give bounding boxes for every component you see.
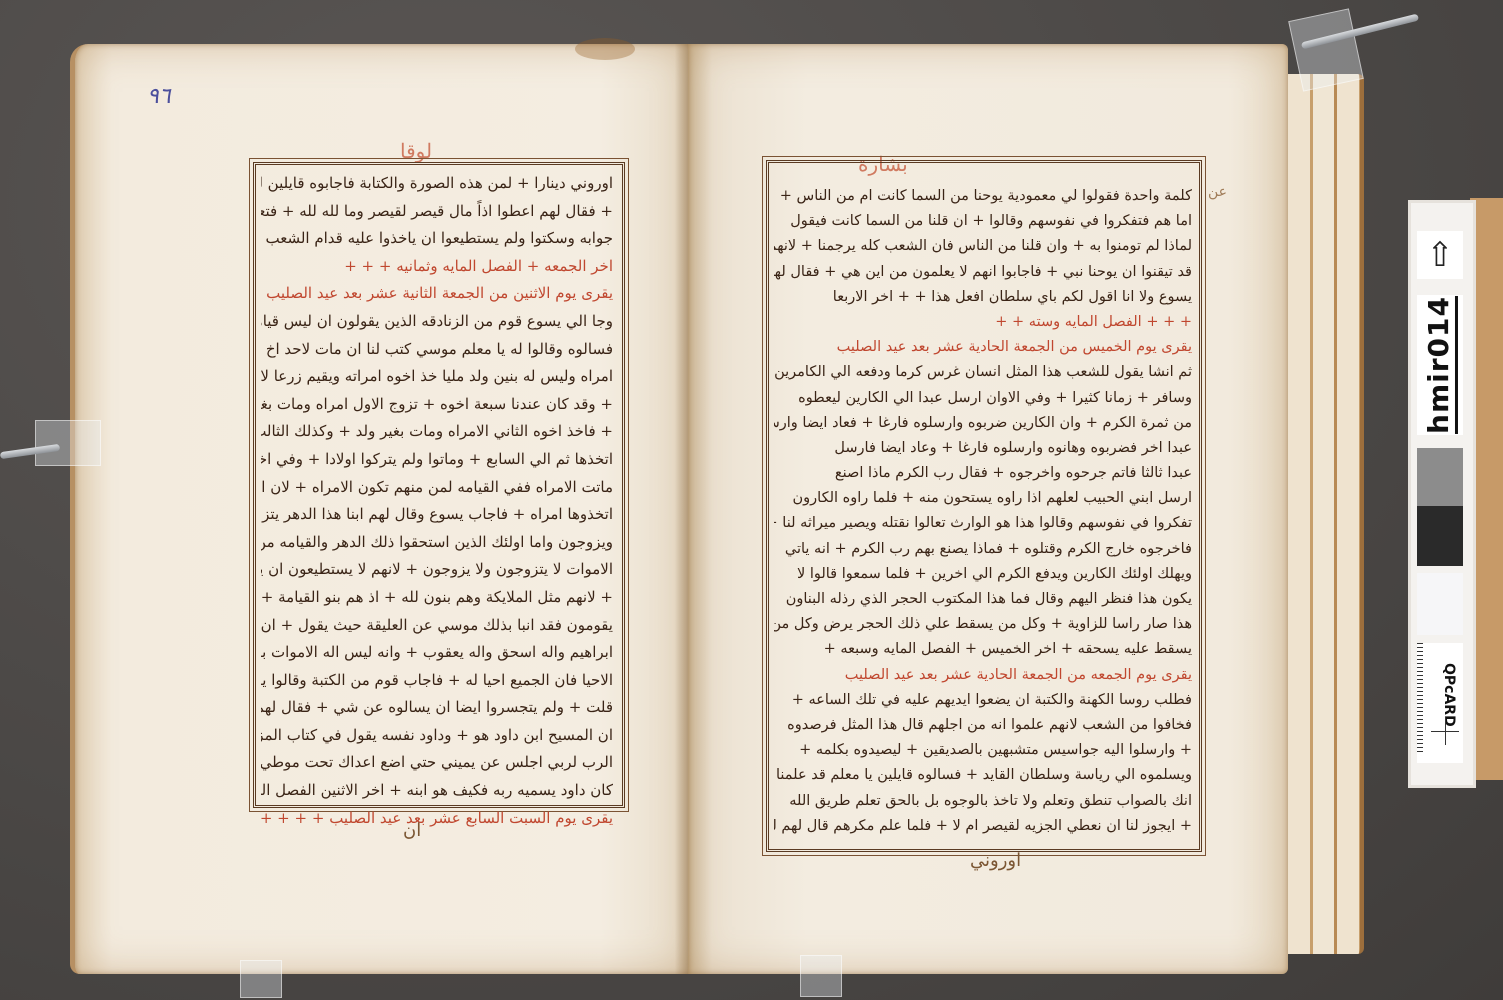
text-line: ويهلك اولئك الكارين ويدفع الكرم الي اخري…: [774, 562, 1192, 587]
rubric-line: يقرى يوم الجمعه من الجمعة الحادية عشر بع…: [774, 663, 1192, 688]
text-line: + وارسلوا اليه جواسيس متشبهين بالصديقين …: [774, 738, 1192, 763]
text-line: ماتت الامراه ففي القيامه لمن منهم تكون ا…: [261, 474, 613, 502]
catchword: اوروني: [970, 850, 1021, 871]
text-line: + ايجوز لنا ان نعطي الجزيه لقيصر ام لا +…: [774, 814, 1192, 839]
rubric-line: يقرى يوم الخميس من الجمعة الحادية عشر بع…: [774, 335, 1192, 360]
left-page: ٩٦ لوقا اوروني دينارا + لمن هذه الصورة و…: [70, 44, 693, 974]
text-line: اتخذوها امراه + فاجاب يسوع وقال لهم ابنا…: [261, 501, 613, 529]
text-line: الاموات لا يتزوجون ولا يزوجون + لانهم لا…: [261, 556, 613, 584]
ruler: [1417, 643, 1423, 753]
rubric-line: + + + الفصل المايه وسته + +: [774, 310, 1192, 335]
text-line: لماذا لم تومنوا به + وان قلنا من الناس ف…: [774, 234, 1192, 259]
up-arrow-icon: ⇧: [1417, 231, 1463, 279]
text-line: من ثمرة الكرم + وان الكارين ضربوه وارسلو…: [774, 411, 1192, 436]
rubric-line: اخر الجمعه + الفصل المايه وثمانيه + + +: [261, 253, 613, 281]
card-identifier: hmir014: [1417, 295, 1463, 435]
rubric-line: يقرى يوم السبت السابع عشر بعد عيد الصليب…: [261, 805, 613, 833]
text-block: اوروني دينارا + لمن هذه الصورة والكتابة …: [261, 170, 613, 832]
page-edges: [1288, 74, 1364, 954]
text-line: فاخرجوه خارج الكرم وقتلوه + فماذا يصنع ب…: [774, 537, 1192, 562]
black-swatch: [1417, 506, 1463, 566]
tape-bottom: [800, 955, 842, 997]
white-swatch: [1417, 573, 1463, 635]
running-head: لوقا: [400, 139, 432, 163]
text-line: انك بالصواب تنطق وتعلم ولا تاخذ بالوجوه …: [774, 789, 1192, 814]
text-line: الاحيا فان الجميع احيا له + فاجاب قوم من…: [261, 667, 613, 695]
text-line: ان المسيح ابن داود هو + وداود نفسه يقول …: [261, 722, 613, 750]
text-line: كان داود يسميه ربه فكيف هو ابنه + اخر ال…: [261, 777, 613, 805]
target-card: ⇧ hmir014 QPcARD: [1408, 200, 1476, 788]
margin-note: عن: [1208, 184, 1227, 200]
catchword: ان: [403, 820, 421, 841]
text-line: جوابه وسكتوا ولم يستطيعوا ان ياخذوا عليه…: [261, 225, 613, 253]
identifier-label: hmir014: [1422, 296, 1458, 434]
folio-number: ٩٦: [147, 84, 171, 109]
rubric-line: يقرى يوم الاثنين من الجمعة الثانية عشر ب…: [261, 280, 613, 308]
text-line: عبدا ثالثا فاتم جرحوه واخرجوه + فقال رب …: [774, 461, 1192, 486]
text-line: عبدا اخر فضربوه وهانوه وارسلوه فارغا + و…: [774, 436, 1192, 461]
text-line: ابراهيم واله اسحق واله يعقوب + وانه ليس …: [261, 639, 613, 667]
text-block: كلمة واحدة فقولوا لي معمودية يوحنا من ال…: [774, 184, 1192, 839]
text-line: قد تيقنوا ان يوحنا نبي + فاجابوا انهم لا…: [774, 260, 1192, 285]
text-line: اتخذها ثم الي السابع + وماتوا ولم يتركوا…: [261, 446, 613, 474]
text-line: ارسل ابني الحبيب لعلهم اذا راوه يستحون م…: [774, 486, 1192, 511]
water-stain: [575, 38, 635, 60]
right-page: بشارة عن كلمة واحدة فقولوا لي معمودية يو…: [688, 44, 1288, 974]
gray-swatch: [1417, 448, 1463, 506]
tape-bottom-left: [240, 960, 282, 998]
text-line: ويسلموه الي رياسة وسلطان القايد + فسالوه…: [774, 763, 1192, 788]
tape-top-right: [1288, 8, 1364, 91]
text-line: اوروني دينارا + لمن هذه الصورة والكتابة …: [261, 170, 613, 198]
text-line: وجا الي يسوع قوم من الزنادقه الذين يقولو…: [261, 308, 613, 336]
text-line: قلت + ولم يتجسروا ايضا ان يسالوه عن شي +…: [261, 694, 613, 722]
text-line: + لانهم مثل الملايكة وهم بنون لله + اذ ه…: [261, 584, 613, 612]
text-line: + وقد كان عندنا سبعة اخوه + تزوج الاول ا…: [261, 391, 613, 419]
open-manuscript: ٩٦ لوقا اوروني دينارا + لمن هذه الصورة و…: [70, 44, 1370, 974]
card-brand-block: QPcARD: [1417, 643, 1463, 763]
text-line: وسافر + زمانا كثيرا + وفي الاوان ارسل عب…: [774, 386, 1192, 411]
brand-label: QPcARD: [1441, 663, 1457, 727]
text-line: يقومون فقد انبا بذلك موسي عن العليقة حيث…: [261, 612, 613, 640]
crosshair-icon: [1445, 717, 1446, 745]
text-line: كلمة واحدة فقولوا لي معمودية يوحنا من ال…: [774, 184, 1192, 209]
text-line: ثم انشا يقول للشعب هذا المثل انسان غرس ك…: [774, 360, 1192, 385]
text-line: فسالوه وقالوا له يا معلم موسي كتب لنا ان…: [261, 336, 613, 364]
text-line: + فاخذ اخوه الثاني الامراه ومات بغير ولد…: [261, 418, 613, 446]
text-line: ويزوجون واما اولئك الذين استحقوا ذلك الد…: [261, 529, 613, 557]
text-line: امراه وليس له بنين ولد مليا خذ اخوه امرا…: [261, 363, 613, 391]
text-line: اما هم فتفكروا في نفوسهم وقالوا + ان قلن…: [774, 209, 1192, 234]
text-line: فخافوا من الشعب لانهم علموا انه من اجلهم…: [774, 713, 1192, 738]
text-line: هذا صار راسا للزاوية + وكل من يسقط علي ذ…: [774, 612, 1192, 637]
text-line: يكون هذا فنظر اليهم وقال فما هذا المكتوب…: [774, 587, 1192, 612]
text-line: تفكروا في نفوسهم وقالوا هذا هو الوارث تع…: [774, 511, 1192, 536]
text-line: يسقط عليه يسحقه + اخر الخميس + الفصل الم…: [774, 637, 1192, 662]
text-line: الرب لربي اجلس عن يميني حتي اضع اعداك تح…: [261, 749, 613, 777]
tape-left: [35, 420, 101, 466]
text-line: + فقال لهم اعطوا اذاً مال قيصر لقيصر وما…: [261, 198, 613, 226]
text-line: فطلب روسا الكهنة والكتبة ان يضعوا ايديهم…: [774, 688, 1192, 713]
text-line: يسوع ولا انا اقول لكم باي سلطان افعل هذا…: [774, 285, 1192, 310]
